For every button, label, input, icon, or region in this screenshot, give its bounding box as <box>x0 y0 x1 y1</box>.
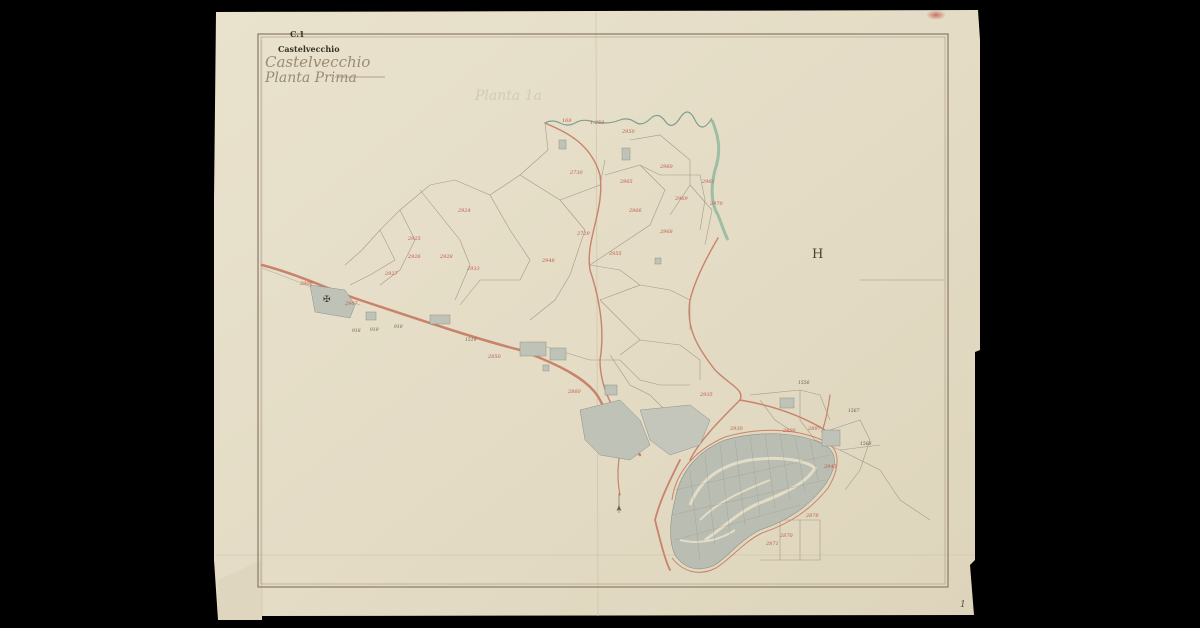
parcel-number: 2955 <box>608 251 622 257</box>
parcel-number: 168 <box>562 118 572 124</box>
parcel-number: 2906 <box>299 281 314 287</box>
parcel-number: 1.259 <box>590 120 605 126</box>
parcel-number: 2968 <box>659 229 673 235</box>
parcel-number: 2924 <box>457 208 471 214</box>
cross-symbol-icon: ✠ <box>323 295 331 305</box>
parcel-number: 2870 <box>779 533 794 539</box>
plot-id: 910 <box>394 324 403 330</box>
parcel-number: 2950 <box>621 129 636 135</box>
parcel-number: 2897 <box>807 426 822 432</box>
corner-mark: C.1 <box>290 29 305 39</box>
parcel-number: 2850 <box>487 354 502 360</box>
plot-id: 1568 <box>860 441 872 447</box>
parcel-number: 2730 <box>569 170 584 176</box>
plot-id: 1519 <box>465 337 477 343</box>
script-title-line2: Planta Prima <box>264 70 357 86</box>
parcel-number: 2907 <box>344 301 359 307</box>
parcel-number: 2969 <box>674 196 689 202</box>
parcel-number: 2966 <box>628 208 643 214</box>
parcel-number: 2926 <box>407 254 422 260</box>
sheet-letter: H <box>812 247 823 262</box>
parcel-number: 2860 <box>567 389 582 395</box>
parcel-number: 2878 <box>805 513 819 519</box>
faint-annotation: Planta 1a <box>474 88 542 104</box>
parcel-number: 2948 <box>541 258 555 264</box>
parcel-number: 2927 <box>384 271 399 277</box>
parcel-number: 2930 <box>729 426 744 432</box>
parcel-number: 2961 <box>701 179 715 185</box>
parcel-number: 2729 <box>576 231 591 237</box>
plot-id: 1556 <box>798 380 810 386</box>
parcel-number: 2871 <box>765 541 779 547</box>
cadastral-map-sheet: Castelvecchio Castelvecchio Planta Prima… <box>0 0 1200 628</box>
parcel-number: 2933 <box>466 266 480 272</box>
parcel-number: 2970 <box>709 201 724 207</box>
image-viewer: Castelvecchio Castelvecchio Planta Prima… <box>0 0 1200 628</box>
parcel-number: 2965 <box>619 179 633 185</box>
ink-stain <box>926 10 946 20</box>
parcel-number: 2925 <box>407 236 421 242</box>
plot-id: 919 <box>370 327 379 333</box>
plot-id: 1567 <box>848 408 860 414</box>
page-number: 1 <box>960 600 966 610</box>
parcel-number: 2945 <box>823 464 837 470</box>
parcel-number: 2896 <box>782 428 797 434</box>
script-title-line1: Castelvecchio <box>265 53 370 71</box>
parcel-number: 2928 <box>439 254 453 260</box>
parcel-number: 2960 <box>659 164 674 170</box>
parcel-number: 2935 <box>699 392 713 398</box>
plot-id: 918 <box>352 328 361 334</box>
